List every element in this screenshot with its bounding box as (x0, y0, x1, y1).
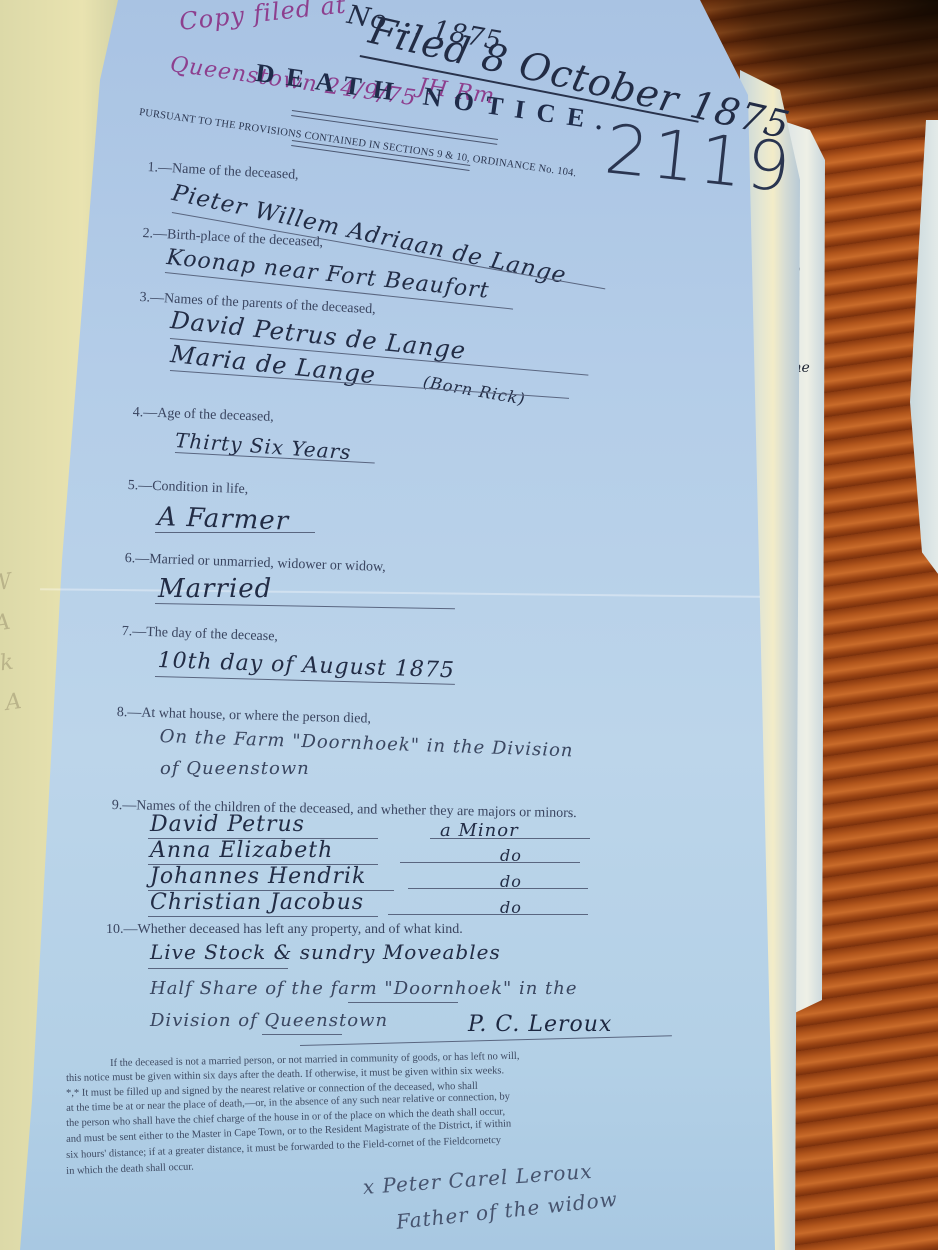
status-rule (430, 838, 590, 839)
field-label: —Whether deceased has left any property,… (124, 922, 463, 937)
property-rule (348, 1002, 458, 1003)
property-rule (148, 968, 288, 969)
status-rule (388, 914, 588, 915)
property-line1: Live Stock & sundry Moveables (150, 940, 501, 964)
photo-scene: 9 ine WAkA No ... 1875 Filed 8 October 1… (0, 0, 938, 1250)
field-number: 6. (124, 551, 135, 566)
child-name: Johannes Hendrik (150, 864, 366, 889)
informant-signature: P. C. Leroux (468, 1012, 612, 1037)
child-name: David Petrus (150, 812, 305, 837)
place-of-death-line2: of Queenstown (160, 758, 310, 779)
status-rule (400, 862, 580, 863)
field-label: —Age of the deceased, (143, 405, 274, 425)
property-line3: Division of Queenstown (150, 1010, 388, 1031)
child-name: Christian Jacobus (150, 890, 364, 915)
field-number: 4. (132, 405, 143, 420)
field-number: 9. (112, 798, 123, 813)
loose-paper-right (910, 120, 938, 590)
field-number: 8. (117, 705, 128, 720)
child-name: Anna Elizabeth (150, 838, 333, 863)
property-rule (262, 1034, 342, 1035)
field-5-rule (155, 532, 315, 533)
property-line2: Half Share of the farm "Doornhoek" in th… (150, 978, 578, 999)
marital-status-value: Married (158, 574, 272, 604)
field-10-label: 10.—Whether deceased has left any proper… (106, 922, 463, 938)
field-number: 5. (127, 478, 138, 493)
child-rule (148, 916, 378, 917)
field-number: 10. (106, 922, 124, 937)
status-rule (408, 888, 588, 889)
field-label: —Condition in life, (138, 478, 249, 497)
field-number: 7. (121, 624, 132, 639)
